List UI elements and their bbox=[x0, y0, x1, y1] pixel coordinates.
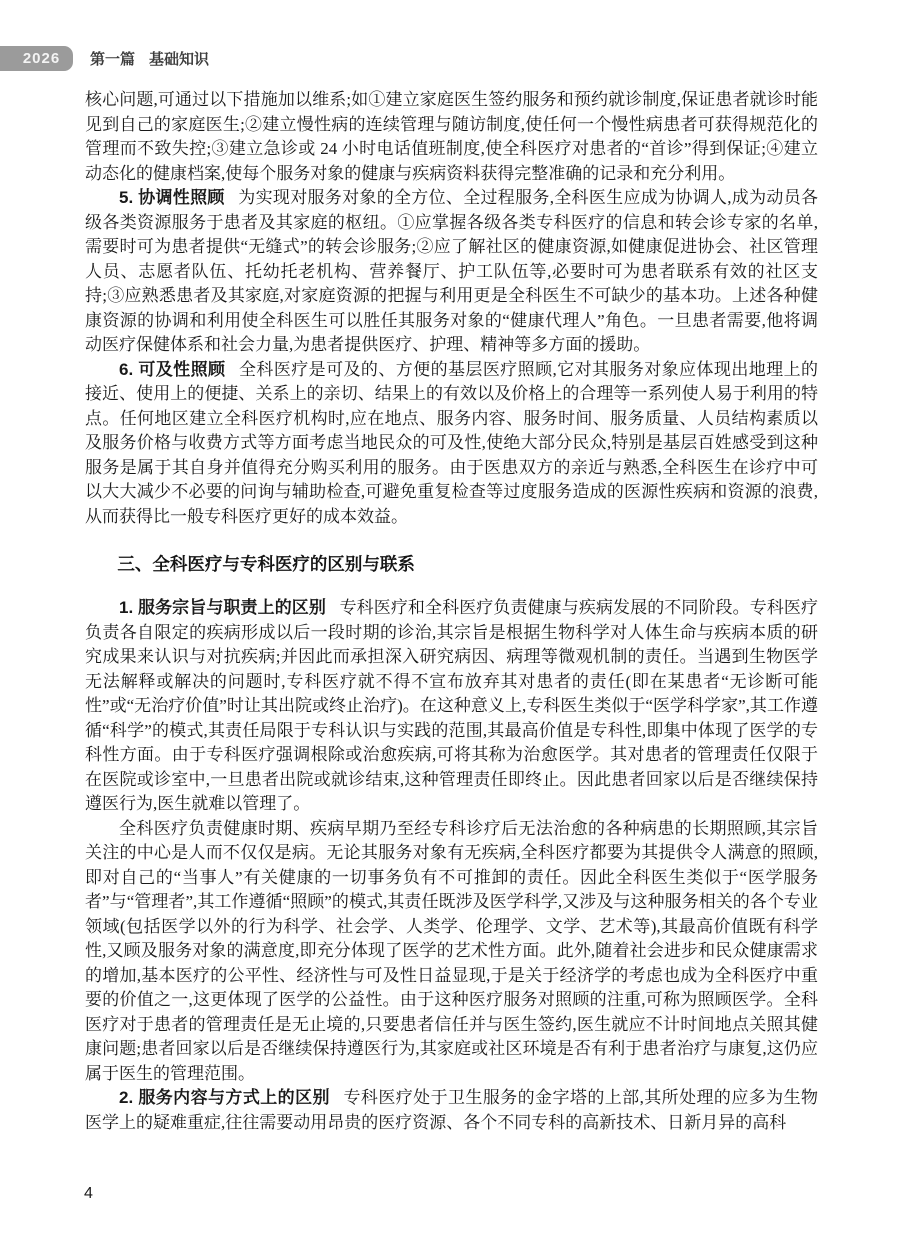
paragraph-continuation: 核心问题,可通过以下措施加以维系;如①建立家庭医生签约服务和预约就诊制度,保证患… bbox=[85, 88, 818, 186]
page-body: 核心问题,可通过以下措施加以维系;如①建立家庭医生签约服务和预约就诊制度,保证患… bbox=[85, 88, 818, 1135]
paragraph-item2: 2. 服务内容与方式上的区别专科医疗处于卫生服务的金字塔的上部,其所处理的应多为… bbox=[85, 1086, 818, 1135]
page-header: 2026 第一篇 基础知识 bbox=[0, 46, 209, 71]
paragraph-general-practice: 全科医疗负责健康时期、疾病早期乃至经专科诊疗后无法治愈的各种病患的长期照顾,其宗… bbox=[85, 817, 818, 1087]
paragraph-item6: 6. 可及性照顾全科医疗是可及的、方便的基层医疗照顾,它对其服务对象应体现出地理… bbox=[85, 358, 818, 530]
section-heading: 三、全科医疗与专科医疗的区别与联系 bbox=[85, 552, 818, 577]
page-number: 4 bbox=[84, 1185, 93, 1203]
item1-text: 专科医疗和全科医疗负责健康与疾病发展的不同阶段。专科医疗负责各自限定的疾病形成以… bbox=[85, 598, 818, 813]
part-title: 基础知识 bbox=[149, 48, 209, 69]
item1-label: 1. 服务宗旨与职责上的区别 bbox=[119, 598, 326, 617]
item5-text: 为实现对服务对象的全方位、全过程服务,全科医生应成为协调人,成为动员各级各类资源… bbox=[85, 188, 818, 354]
part-label: 第一篇 bbox=[90, 48, 135, 69]
item5-label: 5. 协调性照顾 bbox=[119, 188, 225, 207]
item6-text: 全科医疗是可及的、方便的基层医疗照顾,它对其服务对象应体现出地理上的接近、使用上… bbox=[85, 360, 818, 526]
item2-label: 2. 服务内容与方式上的区别 bbox=[119, 1088, 330, 1107]
paragraph-item1: 1. 服务宗旨与职责上的区别专科医疗和全科医疗负责健康与疾病发展的不同阶段。专科… bbox=[85, 596, 818, 817]
item6-label: 6. 可及性照顾 bbox=[119, 360, 225, 379]
year-badge: 2026 bbox=[0, 46, 73, 71]
paragraph-item5: 5. 协调性照顾为实现对服务对象的全方位、全过程服务,全科医生应成为协调人,成为… bbox=[85, 186, 818, 358]
